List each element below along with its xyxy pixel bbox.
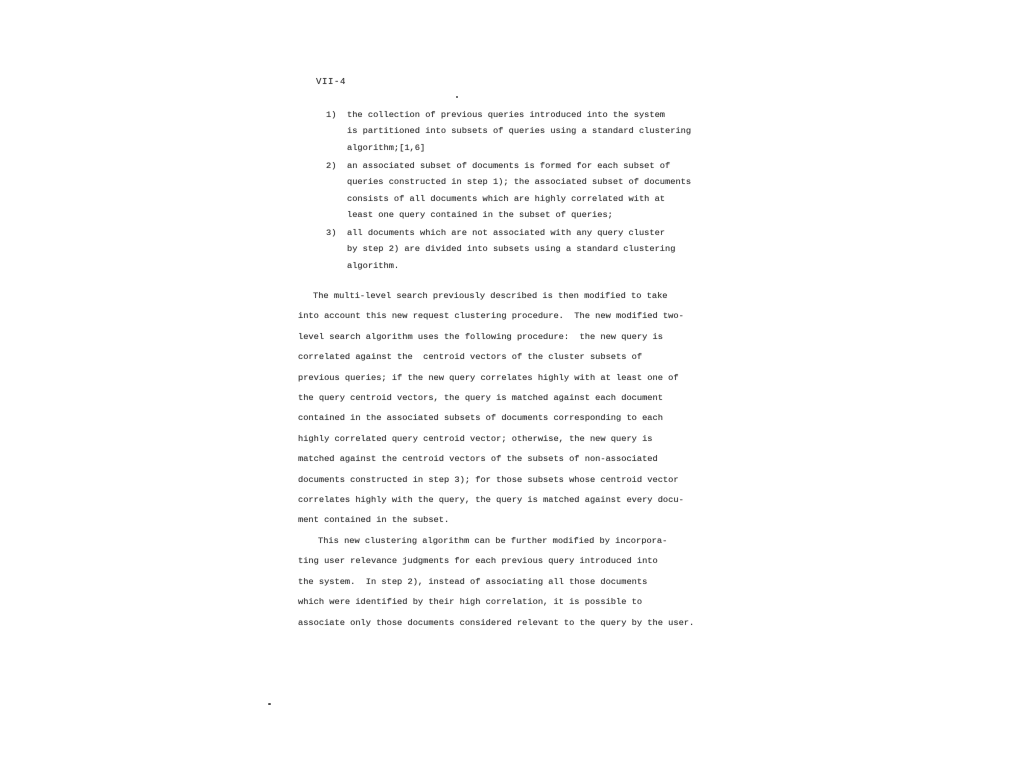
body-text: The multi-level search previously descri… — [298, 286, 708, 633]
scan-speck — [456, 96, 458, 98]
list-item-1-text: the collection of previous queries intro… — [347, 107, 691, 156]
list-item-2-text: an associated subset of documents is for… — [347, 158, 691, 223]
page-number: VII-4 — [316, 77, 346, 87]
list-item-3: 3) all documents which are not associate… — [326, 225, 675, 274]
list-item-2: 2) an associated subset of documents is … — [326, 158, 691, 223]
list-marker-2: 2) — [326, 158, 347, 174]
list-item-3-text: all documents which are not associated w… — [347, 225, 675, 274]
list-item-1: 1) the collection of previous queries in… — [326, 107, 691, 156]
list-marker-1: 1) — [326, 107, 347, 123]
scan-speck — [268, 703, 271, 705]
paragraph-2: This new clustering algorithm can be fur… — [298, 531, 708, 633]
list-marker-3: 3) — [326, 225, 347, 241]
scanned-document-page: VII-4 1) the collection of previous quer… — [0, 0, 1024, 768]
paragraph-1: The multi-level search previously descri… — [298, 286, 708, 531]
